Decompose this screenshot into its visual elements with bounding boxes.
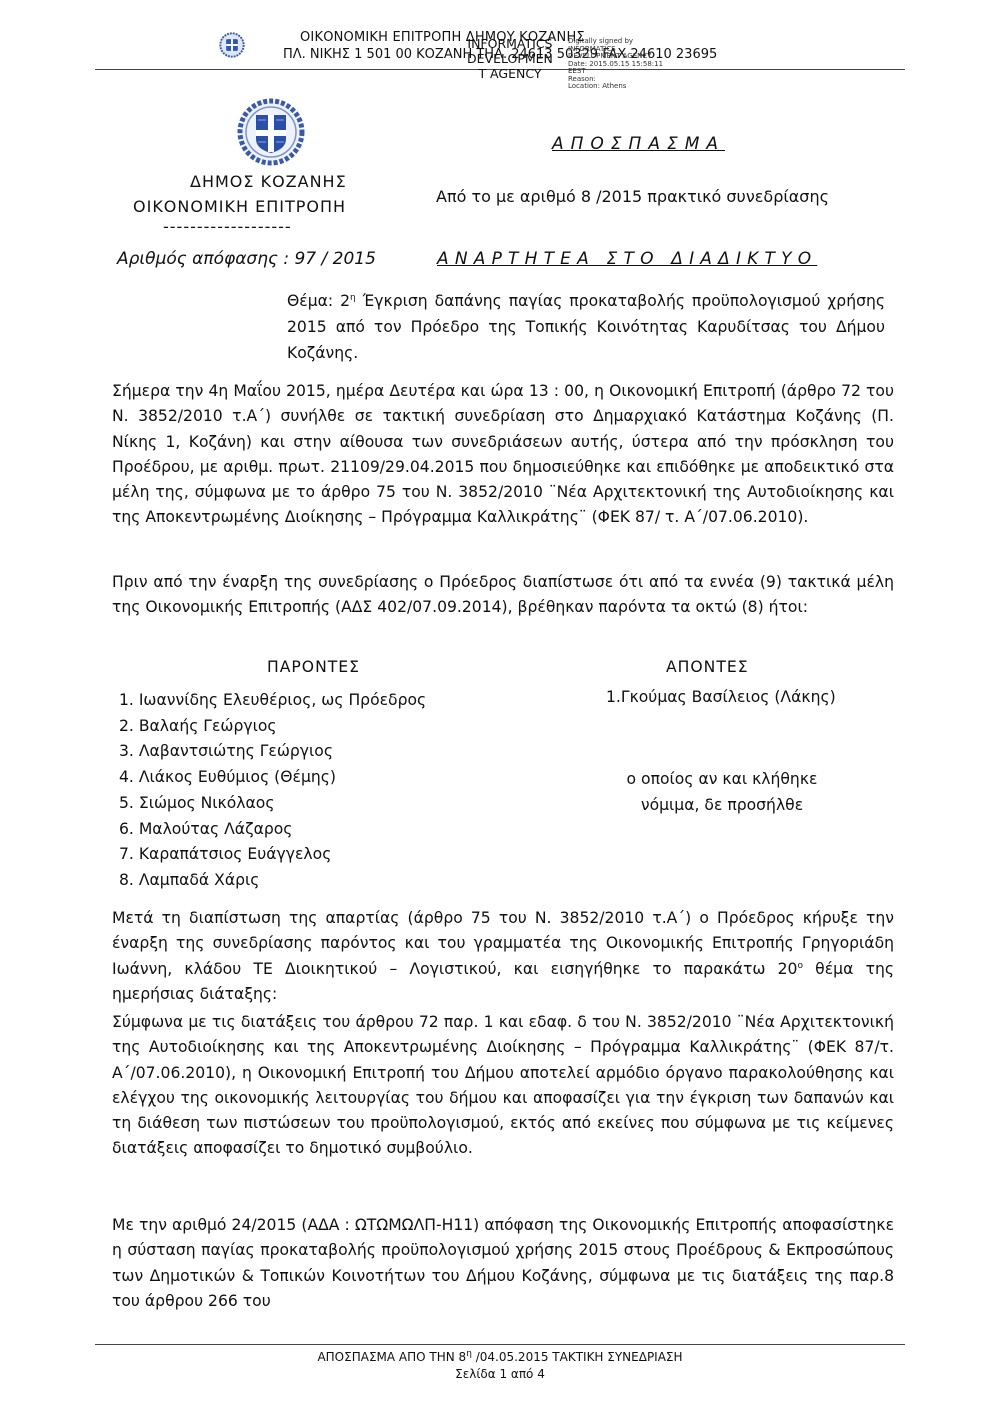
greek-coat-of-arms-icon xyxy=(219,32,245,58)
list-item: 3. Λαβαντσιώτης Γεώργιος xyxy=(119,739,426,765)
list-item: 2. Βαλαής Γεώργιος xyxy=(119,714,426,740)
minutes-reference: Από το με αριθμό 8 /2015 πρακτικό συνεδρ… xyxy=(436,187,829,206)
prior-decision-paragraph: Με την αριθμό 24/2015 (ΑΔΑ : ΩΤΩΜΩΛΠ-Η11… xyxy=(112,1213,894,1314)
absent-note: ο οποίος αν και κλήθηκε νόμιμα, δε προσή… xyxy=(612,767,832,818)
publish-notice: ΑΝΑΡΤΗΤΕΑ ΣΤΟ ΔΙΑΔΙΚΤΥΟ xyxy=(437,249,817,269)
list-item: 6. Μαλούτας Λάζαρος xyxy=(119,817,426,843)
meeting-paragraph: Σήμερα την 4η Μαΐου 2015, ημέρα Δευτέρα … xyxy=(112,379,894,531)
municipality-name: ΔΗΜΟΣ ΚΟΖΑΝΗΣ xyxy=(190,172,347,191)
absent-member: 1.Γκούμας Βασίλειος (Λάκης) xyxy=(606,688,836,706)
document-title: ΑΠΟΣΠΑΣΜΑ xyxy=(552,134,725,154)
present-heading: ΠΑΡΟΝΤΕΣ xyxy=(267,658,360,676)
list-item: 1. Ιωαννίδης Ελευθέριος, ως Πρόεδρος xyxy=(119,688,426,714)
list-item: 4. Λιάκος Ευθύμιος (Θέμης) xyxy=(119,765,426,791)
page-number: Σελίδα 1 από 4 xyxy=(0,1367,1000,1381)
list-item: 7. Καραπάτσιος Ευάγγελος xyxy=(119,842,426,868)
heading-separator: ------------------- xyxy=(163,217,292,236)
present-members-list: 1. Ιωαννίδης Ελευθέριος, ως Πρόεδρος 2. … xyxy=(119,688,426,894)
committee-name: ΟΙΚΟΝΟΜΙΚΗ ΕΠΙΤΡΟΠΗ xyxy=(133,197,346,216)
greek-coat-of-arms-icon xyxy=(236,97,306,167)
absent-heading: ΑΠΟΝΤΕΣ xyxy=(666,658,749,676)
footer-title: ΑΠΟΣΠΑΣΜΑ ΑΠΟ ΤΗΝ 8η /04.05.2015 ΤΑΚΤΙΚΗ… xyxy=(0,1350,1000,1364)
signature-details[interactable]: Digitally signed by INFORMATICS DEVELOPM… xyxy=(568,38,663,91)
subject: Θέμα: 2η Έγκριση δαπάνης παγίας προκαταβ… xyxy=(287,288,885,366)
list-item: 8. Λαμπαδά Χάρις xyxy=(119,868,426,894)
quorum-paragraph: Πριν από την έναρξη της συνεδρίασης ο Πρ… xyxy=(112,570,894,621)
agenda-paragraph: Μετά τη διαπίστωση της απαρτίας (άρθρο 7… xyxy=(112,906,894,1007)
legal-basis-paragraph: Σύμφωνα με τις διατάξεις του άρθρου 72 π… xyxy=(112,1010,894,1162)
decision-number: Αριθμός απόφασης : 97 / 2015 xyxy=(117,249,376,269)
signature-organization: INFORMATICS DEVELOPMEN T AGENCY xyxy=(467,36,553,81)
list-item: 5. Σιώμος Νικόλαος xyxy=(119,791,426,817)
footer-divider xyxy=(95,1344,905,1345)
